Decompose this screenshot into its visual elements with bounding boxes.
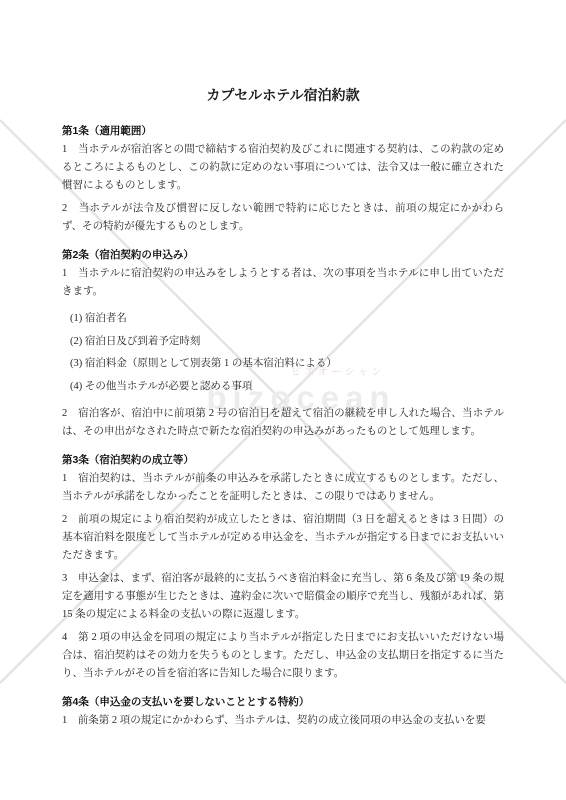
- list-item: (4) その他当ホテルが必要と認める事項: [70, 378, 504, 396]
- list-item: (1) 宿泊者名: [70, 310, 504, 328]
- article-heading: 第4条（申込金の支払いを要しないこととする特約）: [62, 693, 504, 711]
- list-item: (2) 宿泊日及び到着予定時刻: [70, 333, 504, 351]
- article-heading: 第1条（適用範囲）: [62, 122, 504, 140]
- paragraph: 2 前項の規定により宿泊契約が成立したときは、宿泊期間（3 日を超えるときは 3…: [62, 511, 504, 565]
- paragraph: 1 当ホテルに宿泊契約の申込みをしようとする者は、次の事項を当ホテルに申し出てい…: [62, 265, 504, 301]
- list-item: (3) 宿泊料金（原則として別表第 1 の基本宿泊料による）: [70, 355, 504, 373]
- paragraph: 4 第 2 項の申込金を同項の規定により当ホテルが指定した日までにお支払いいただ…: [62, 629, 504, 683]
- paragraph: 2 当ホテルが法令及び慣習に反しない範囲で特約に応じたときは、前項の規定にかかわ…: [62, 200, 504, 236]
- paragraph: 1 宿泊契約は、当ホテルが前条の申込みを承諾したときに成立するものとします。ただ…: [62, 470, 504, 506]
- paragraph: 1 当ホテルが宿泊客との間で締結する宿泊契約及びこれに関連する契約は、この約款の…: [62, 141, 504, 195]
- document-content: カプセルホテル宿泊約款 第1条（適用範囲）1 当ホテルが宿泊客との間で締結する宿…: [62, 86, 504, 735]
- article-heading: 第2条（宿泊契約の申込み）: [62, 246, 504, 264]
- article-heading: 第3条（宿泊契約の成立等）: [62, 451, 504, 469]
- paragraph: 3 申込金は、まず、宿泊客が最終的に支払うべき宿泊料金に充当し、第 6 条及び第…: [62, 570, 504, 624]
- paragraph: 2 宿泊客が、宿泊中に前項第 2 号の宿泊日を超えて宿泊の継続を申し入れた場合、…: [62, 405, 504, 441]
- document-title: カプセルホテル宿泊約款: [62, 86, 504, 105]
- paragraph: 1 前条第 2 項の規定にかかわらず、当ホテルは、契約の成立後同項の申込金の支払…: [62, 712, 504, 730]
- document-page: ビズオーシャン bizocean カプセルホテル宿泊約款 第1条（適用範囲）1 …: [0, 0, 566, 800]
- document-body: 第1条（適用範囲）1 当ホテルが宿泊客との間で締結する宿泊契約及びこれに関連する…: [62, 122, 504, 730]
